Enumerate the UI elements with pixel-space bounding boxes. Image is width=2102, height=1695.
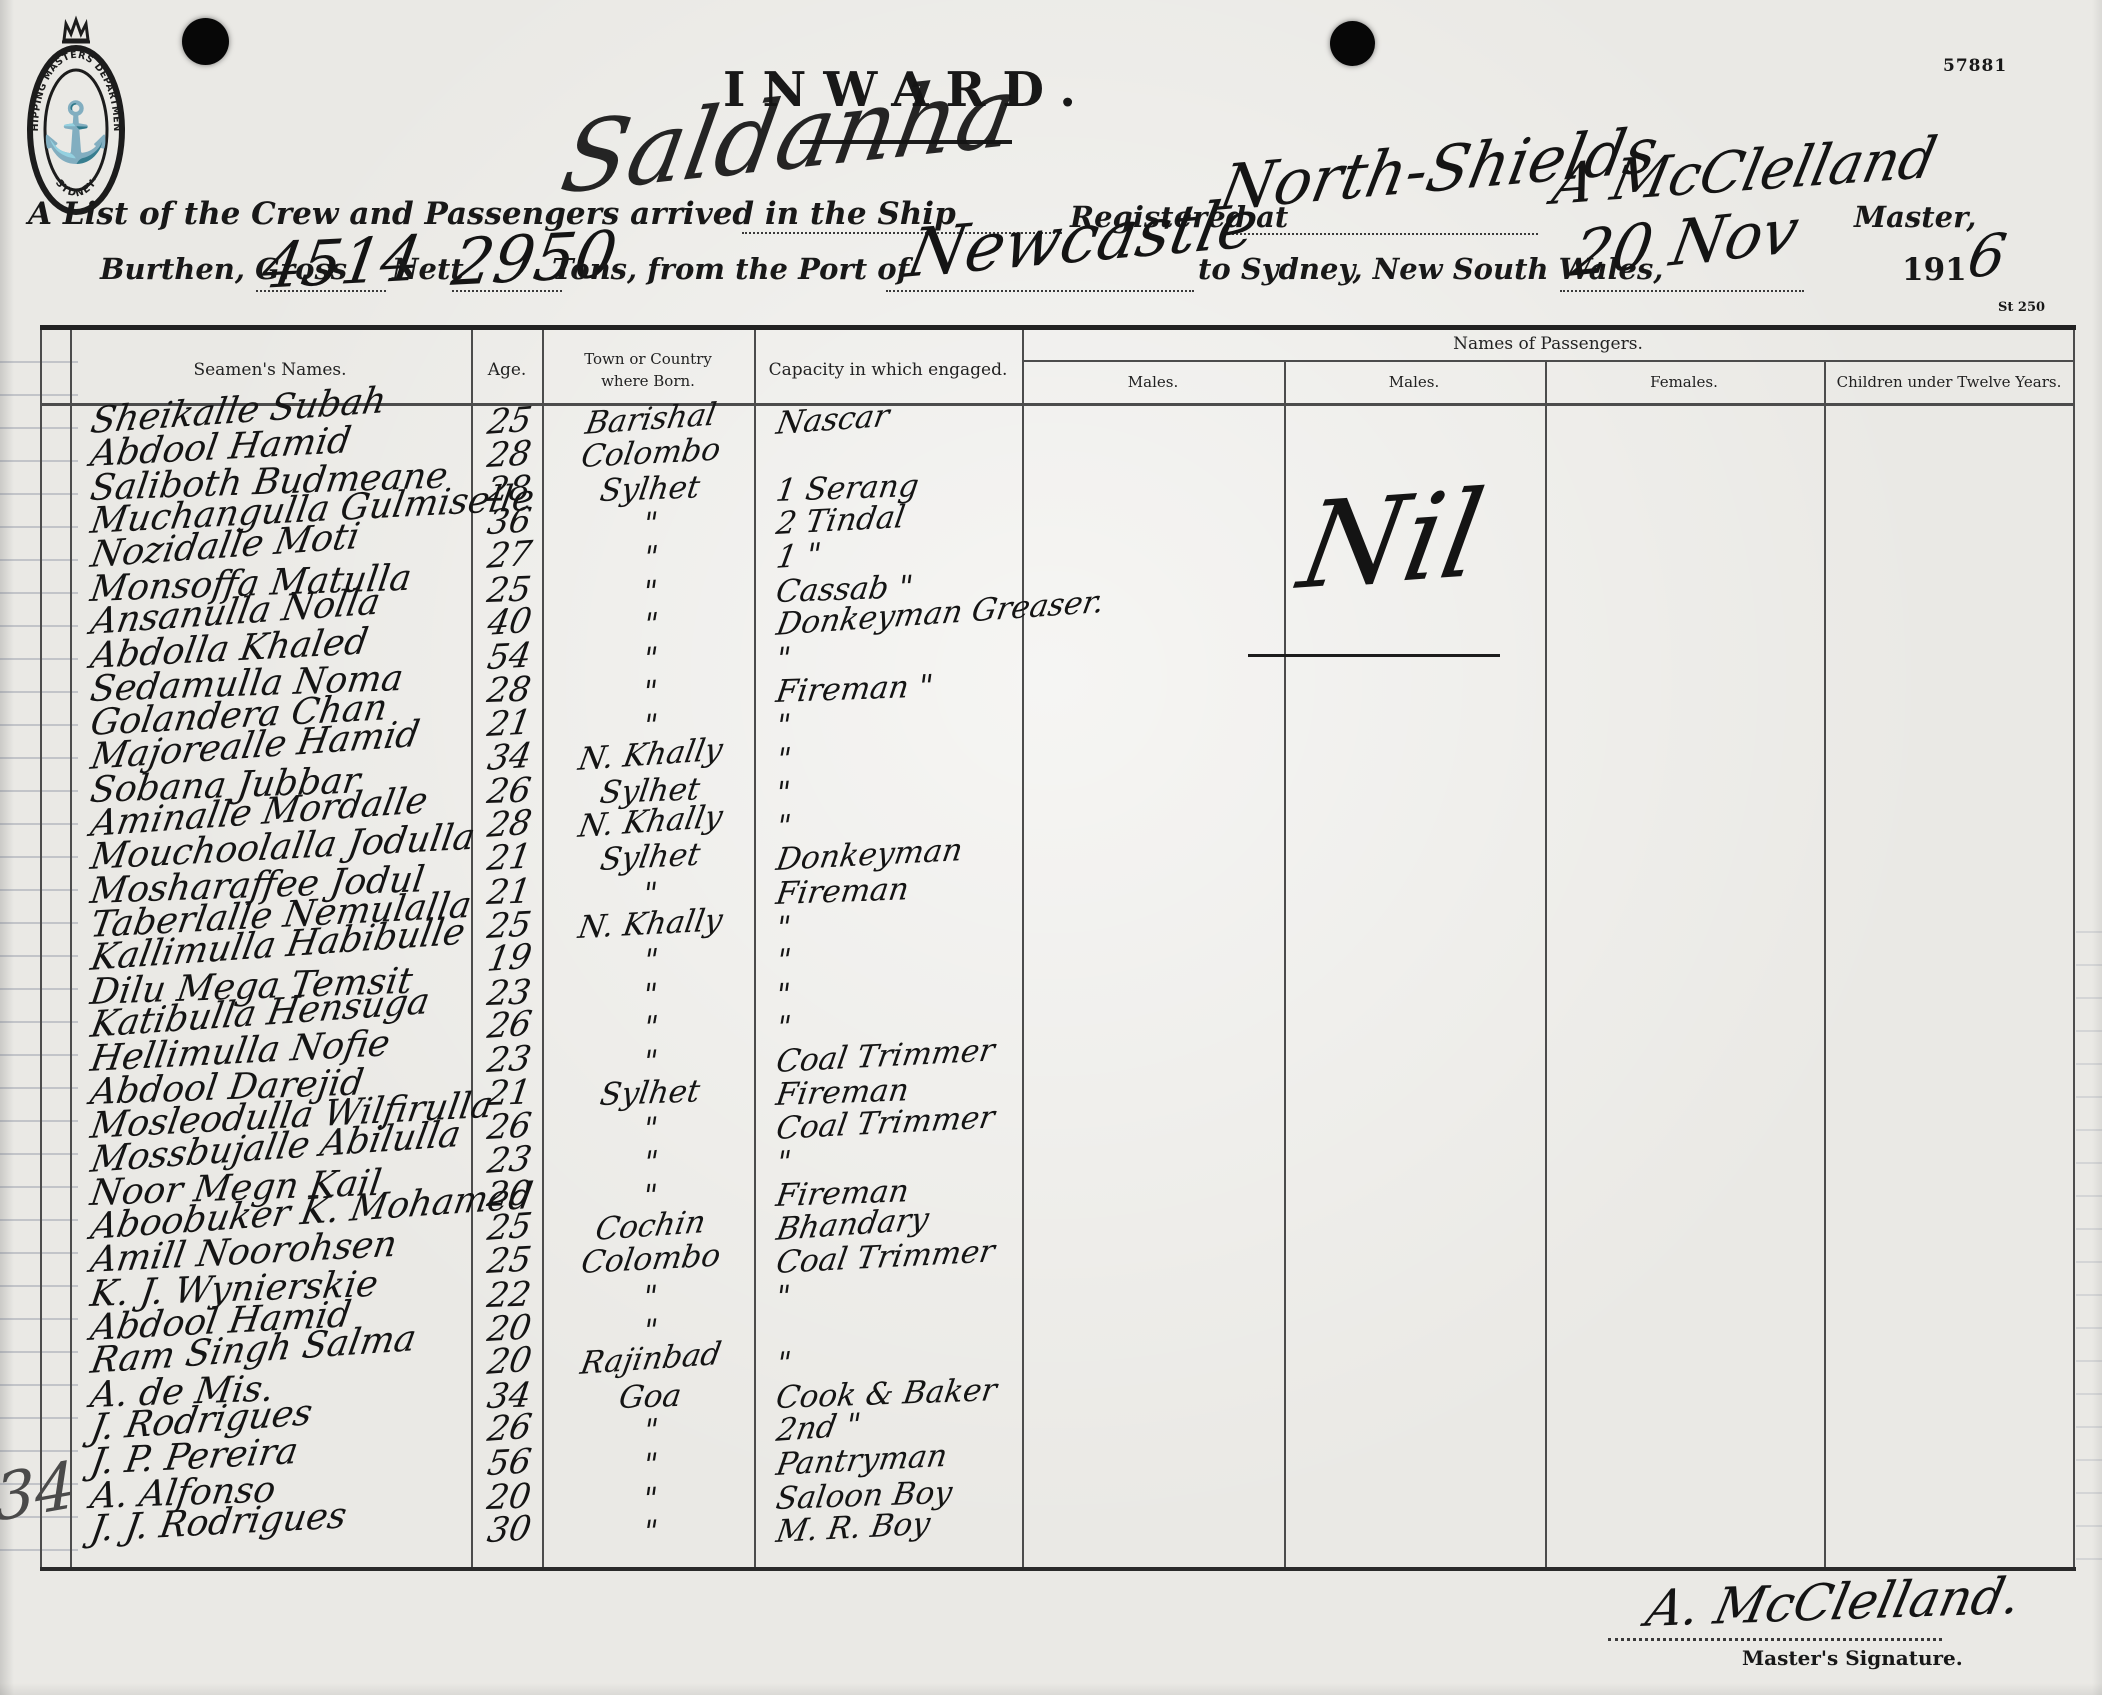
seaman-born: ": [542, 1283, 754, 1313]
registered-at-line: [1228, 233, 1538, 235]
seaman-capacity-handwriting: 1 ": [774, 539, 823, 574]
seaman-born-handwriting: Sylhet: [598, 840, 702, 877]
column-header-born-line2: where Born.: [601, 372, 695, 390]
seaman-capacity-handwriting: ": [774, 778, 792, 809]
seaman-born: ": [542, 947, 754, 977]
anchor-icon: ⚓: [40, 98, 112, 166]
seaman-capacity-handwriting: ": [774, 980, 792, 1011]
seaman-born: ": [542, 981, 754, 1011]
seaman-born-handwriting: Colombo: [579, 1241, 723, 1280]
seaman-born-handwriting: ": [641, 1047, 660, 1078]
seaman-capacity: ": [754, 1283, 1022, 1313]
seaman-born-handwriting: ": [641, 1416, 660, 1447]
seaman-born-handwriting: ": [641, 610, 660, 641]
crown-icon: [62, 20, 90, 42]
seaman-born-handwriting: ": [641, 678, 659, 709]
seaman-capacity: ": [754, 947, 1022, 977]
seaman-capacity-handwriting: Nascar: [774, 400, 891, 439]
seaman-age-handwriting: 30: [485, 1512, 534, 1549]
seaman-born: N. Khally: [542, 812, 754, 843]
seaman-capacity: ": [754, 712, 1022, 742]
seaman-capacity-handwriting: Coal Trimmer: [774, 1035, 997, 1078]
shipping-masters-department-stamp: SHIPPING MASTERS DEPARTMENT ·SYDNEY· ⚓: [26, 14, 126, 216]
seaman-born: N. Khally: [542, 745, 754, 776]
seaman-born-handwriting: ": [641, 1114, 660, 1145]
seaman-capacity: Coal Trimmer: [754, 1114, 1022, 1145]
seaman-capacity-handwriting: M. R. Boy: [774, 1509, 932, 1548]
column-header-females: Females.: [1650, 373, 1718, 391]
year-digit-handwriting: 6: [1964, 226, 2010, 286]
form-number: 57881: [1943, 56, 2007, 76]
seaman-born-handwriting: ": [641, 1282, 659, 1313]
seaman-capacity: 2 Tindal: [754, 509, 1022, 540]
seaman-born: ": [542, 578, 754, 608]
seaman-capacity-handwriting: Fireman: [774, 874, 911, 910]
seaman-capacity-handwriting: ": [774, 912, 793, 943]
seaman-born: ": [542, 645, 754, 675]
seaman-born: Sylhet: [542, 1080, 754, 1111]
seaman-age-handwriting: 27: [485, 536, 534, 574]
table-row: J. Rodrigues26"2nd ": [40, 1414, 2075, 1448]
seaman-capacity-handwriting: Coal Trimmer: [774, 1102, 997, 1145]
table-row: Ram Singh Salma20Rajinbad": [40, 1347, 2075, 1381]
seaman-capacity: Coal Trimmer: [754, 1248, 1022, 1279]
seaman-born-handwriting: Goa: [617, 1380, 683, 1413]
seaman-born-handwriting: N. Khally: [576, 801, 725, 842]
punch-hole-left: [182, 18, 229, 65]
seaman-born: Rajinbad: [542, 1349, 754, 1380]
margin-note: 34: [0, 1453, 76, 1532]
seaman-born-handwriting: ": [641, 946, 660, 977]
column-header-born-line1: Town or Country: [584, 350, 712, 368]
seaman-born-handwriting: ": [641, 1450, 660, 1481]
crew-rows: Sheikalle Subah25BarishalNascarAbdool Ha…: [40, 406, 2075, 1548]
seaman-born: ": [542, 1048, 754, 1078]
column-header-males-2: Males.: [1389, 373, 1439, 391]
date-line: [1560, 290, 1804, 292]
seaman-capacity-handwriting: Fireman ": [774, 672, 935, 709]
seaman-age-handwriting: 19: [485, 940, 534, 978]
punch-hole-right: [1330, 21, 1375, 66]
crew-table: Seamen's Names. Age. Town or Country whe…: [40, 325, 2076, 1571]
seaman-born: Sylhet: [542, 845, 754, 876]
seaman-born: ": [542, 1115, 754, 1145]
seaman-born-handwriting: ": [641, 1013, 660, 1044]
tons-port-label: Tons, from the Port of: [552, 252, 909, 286]
seaman-capacity-handwriting: ": [774, 1013, 793, 1044]
seaman-born: ": [542, 1417, 754, 1447]
seaman-capacity-handwriting: ": [774, 711, 793, 742]
seaman-capacity-handwriting: 2 Tindal: [774, 502, 907, 540]
seaman-born-handwriting: ": [641, 644, 660, 675]
seaman-capacity-handwriting: ": [774, 1147, 793, 1178]
seaman-capacity-handwriting: Coal Trimmer: [774, 1237, 997, 1280]
seaman-born-handwriting: ": [641, 577, 659, 608]
seaman-capacity-handwriting: Donkeyman: [774, 835, 965, 876]
seaman-capacity-handwriting: ": [774, 1282, 792, 1313]
seaman-capacity: ": [754, 914, 1022, 944]
seaman-born: ": [542, 510, 754, 540]
seaman-capacity: Cook & Baker: [754, 1383, 1022, 1414]
seaman-born-handwriting: Rajinbad: [578, 1339, 723, 1380]
column-header-capacity: Capacity in which engaged.: [769, 360, 1008, 380]
seaman-born: Colombo: [542, 442, 754, 473]
seaman-capacity: ": [754, 981, 1022, 1011]
stamp-graphic: SHIPPING MASTERS DEPARTMENT ·SYDNEY· ⚓: [26, 14, 126, 216]
seaman-born-handwriting: Colombo: [579, 435, 723, 474]
column-header-age: Age.: [488, 360, 527, 380]
seaman-capacity-handwriting: ": [774, 811, 793, 842]
passengers-nil-handwriting: Nil: [1292, 474, 1491, 606]
seaman-born-handwriting: ": [641, 1517, 660, 1548]
seaman-capacity-handwriting: ": [774, 644, 793, 675]
seaman-capacity: Donkeyman Greaser.: [754, 610, 1022, 641]
column-header-children: Children under Twelve Years.: [1837, 373, 2062, 391]
seaman-born-handwriting: ": [641, 543, 660, 574]
seaman-name: J. J. Rodrigues: [40, 1512, 471, 1548]
seaman-born-handwriting: Sylhet: [598, 472, 702, 507]
seaman-capacity: ": [754, 779, 1022, 809]
seaman-born-handwriting: ": [641, 1484, 659, 1515]
seaman-capacity-handwriting: Cook & Baker: [774, 1375, 999, 1414]
seaman-capacity: Fireman: [754, 879, 1022, 910]
seaman-capacity-handwriting: ": [774, 946, 793, 977]
seaman-capacity-handwriting: 2nd ": [774, 1410, 863, 1447]
seaman-born: N. Khally: [542, 913, 754, 944]
master-label: Master,: [1854, 200, 1976, 234]
seaman-born: ": [542, 1014, 754, 1044]
form-code: St 250: [1998, 300, 2045, 315]
seaman-born: Sylhet: [542, 476, 754, 507]
table-row: J. P. Pereira56"Pantryman: [40, 1447, 2075, 1481]
seaman-born-handwriting: Sylhet: [598, 1077, 702, 1112]
seaman-capacity: ": [754, 746, 1022, 776]
year-printed: 191: [1902, 252, 1967, 288]
seaman-born: ": [542, 611, 754, 641]
seaman-born-handwriting: ": [641, 980, 659, 1011]
seaman-born-handwriting: ": [641, 1147, 660, 1178]
seaman-born: ": [542, 1485, 754, 1515]
master-signature-label: Master's Signature.: [1742, 1646, 1963, 1670]
table-line: [1022, 360, 2073, 362]
table-row: J. J. Rodrigues30"M. R. Boy: [40, 1515, 2075, 1549]
column-header-passengers-group: Names of Passengers.: [1453, 334, 1643, 354]
seaman-born: ": [542, 1518, 754, 1548]
seaman-born-handwriting: ": [641, 509, 660, 540]
seaman-born: ": [542, 678, 754, 708]
seaman-born: Colombo: [542, 1248, 754, 1279]
seaman-capacity-handwriting: ": [774, 744, 793, 775]
seaman-capacity: [754, 1328, 1022, 1347]
seaman-born-handwriting: N. Khally: [576, 734, 725, 775]
seaman-born-handwriting: N. Khally: [576, 905, 725, 944]
seaman-born: Goa: [542, 1383, 754, 1414]
seaman-name-handwriting: J. J. Rodrigues: [88, 1498, 349, 1548]
table-row: A. de Mis.34GoaCook & Baker: [40, 1380, 2075, 1414]
seaman-capacity: M. R. Boy: [754, 1517, 1022, 1548]
seaman-capacity-handwriting: ": [774, 1349, 793, 1380]
column-header-seamens-names: Seamen's Names.: [193, 360, 346, 380]
seaman-born: ": [542, 544, 754, 574]
ledger-lines-right: [2076, 900, 2102, 1566]
seaman-age-handwriting: 56: [485, 1444, 534, 1481]
seaman-born: ": [542, 1149, 754, 1179]
scanned-document: SHIPPING MASTERS DEPARTMENT ·SYDNEY· ⚓ 5…: [0, 0, 2102, 1695]
column-header-males-1: Males.: [1128, 373, 1178, 391]
signature-line: [1608, 1638, 1942, 1641]
seaman-capacity: Nascar: [754, 409, 1022, 440]
master-signature-handwriting: A. McClelland.: [1642, 1571, 2025, 1634]
seaman-born: ": [542, 1451, 754, 1481]
passengers-nil-underline: [1248, 654, 1500, 657]
seaman-capacity: Fireman ": [754, 677, 1022, 708]
seaman-age: 30: [471, 1514, 542, 1548]
